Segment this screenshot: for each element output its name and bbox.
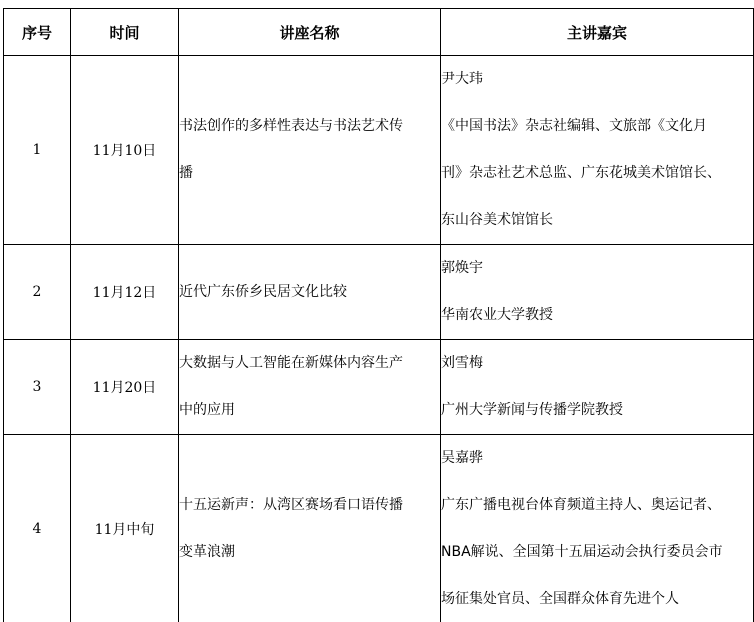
row-index: 2 [4, 245, 71, 340]
speaker-bio-line: 《中国书法》杂志社编辑、文旅部《文化月 [441, 103, 753, 150]
speaker-bio-line: 广州大学新闻与传播学院教授 [441, 387, 753, 434]
speaker-name: 郭焕宇 [441, 245, 753, 292]
speaker-name: 吴嘉骅 [441, 435, 753, 482]
title-line: 变革浪潮 [179, 529, 440, 576]
row-title: 书法创作的多样性表达与书法艺术传 播 [179, 56, 441, 245]
row-index: 1 [4, 56, 71, 245]
speaker-name: 刘雪梅 [441, 340, 753, 387]
table-row: 1 11月10日 书法创作的多样性表达与书法艺术传 播 尹大玮 《中国书法》杂志… [4, 56, 754, 245]
title-line: 大数据与人工智能在新媒体内容生产 [179, 340, 440, 387]
title-line: 中的应用 [179, 387, 440, 434]
table-header-row: 序号 时间 讲座名称 主讲嘉宾 [4, 9, 754, 56]
row-date: 11月12日 [71, 245, 179, 340]
header-speaker: 主讲嘉宾 [441, 9, 754, 56]
row-title: 近代广东侨乡民居文化比较 [179, 245, 441, 340]
table-row: 4 11月中旬 十五运新声：从湾区赛场看口语传播 变革浪潮 吴嘉骅 广东广播电视… [4, 435, 754, 622]
row-date: 11月20日 [71, 340, 179, 435]
speaker-bio-line: 刊》杂志社艺术总监、广东花城美术馆馆长、 [441, 150, 753, 197]
row-speaker: 吴嘉骅 广东广播电视台体育频道主持人、奥运记者、 NBA解说、全国第十五届运动会… [441, 435, 754, 622]
lecture-schedule-table: 序号 时间 讲座名称 主讲嘉宾 1 11月10日 书法创作的多样性表达与书法艺术… [3, 8, 754, 622]
row-date: 11月10日 [71, 56, 179, 245]
row-index: 4 [4, 435, 71, 622]
header-date: 时间 [71, 9, 179, 56]
title-line: 十五运新声：从湾区赛场看口语传播 [179, 482, 440, 529]
title-line: 书法创作的多样性表达与书法艺术传 [179, 103, 440, 150]
row-title: 十五运新声：从湾区赛场看口语传播 变革浪潮 [179, 435, 441, 622]
row-date: 11月中旬 [71, 435, 179, 622]
header-title: 讲座名称 [179, 9, 441, 56]
title-line: 播 [179, 150, 440, 197]
row-title: 大数据与人工智能在新媒体内容生产 中的应用 [179, 340, 441, 435]
header-index: 序号 [4, 9, 71, 56]
speaker-bio-line: 华南农业大学教授 [441, 292, 753, 339]
speaker-bio-line: NBA解说、全国第十五届运动会执行委员会市 [441, 529, 753, 576]
table-row: 3 11月20日 大数据与人工智能在新媒体内容生产 中的应用 刘雪梅 广州大学新… [4, 340, 754, 435]
speaker-bio-line: 场征集处官员、全国群众体育先进个人 [441, 576, 753, 622]
title-line: 近代广东侨乡民居文化比较 [179, 269, 440, 316]
row-index: 3 [4, 340, 71, 435]
speaker-bio-line: 东山谷美术馆馆长 [441, 197, 753, 244]
speaker-bio-line: 广东广播电视台体育频道主持人、奥运记者、 [441, 482, 753, 529]
row-speaker: 郭焕宇 华南农业大学教授 [441, 245, 754, 340]
speaker-name: 尹大玮 [441, 56, 753, 103]
table-row: 2 11月12日 近代广东侨乡民居文化比较 郭焕宇 华南农业大学教授 [4, 245, 754, 340]
row-speaker: 尹大玮 《中国书法》杂志社编辑、文旅部《文化月 刊》杂志社艺术总监、广东花城美术… [441, 56, 754, 245]
row-speaker: 刘雪梅 广州大学新闻与传播学院教授 [441, 340, 754, 435]
